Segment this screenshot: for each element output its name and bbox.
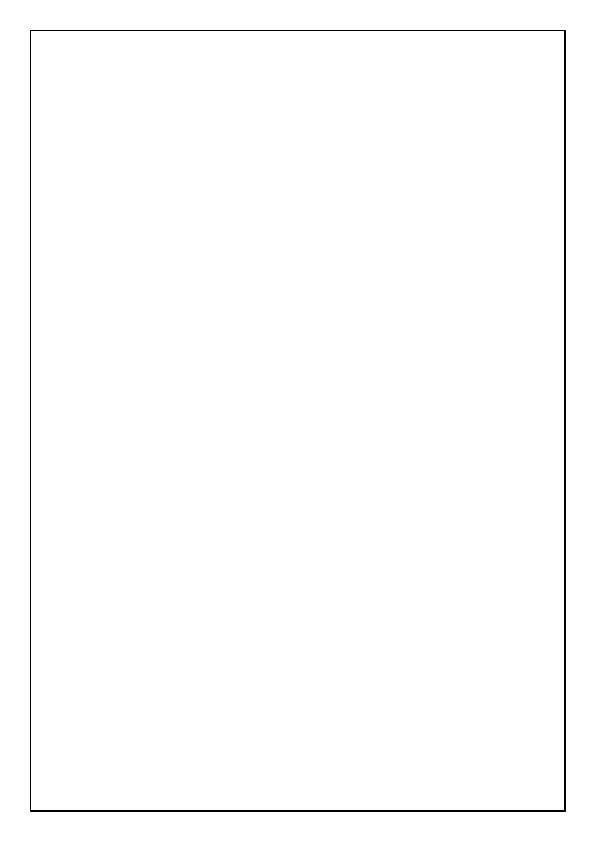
cyfrowe-archiwum-logo [33,31,219,36]
page-border [30,30,566,812]
